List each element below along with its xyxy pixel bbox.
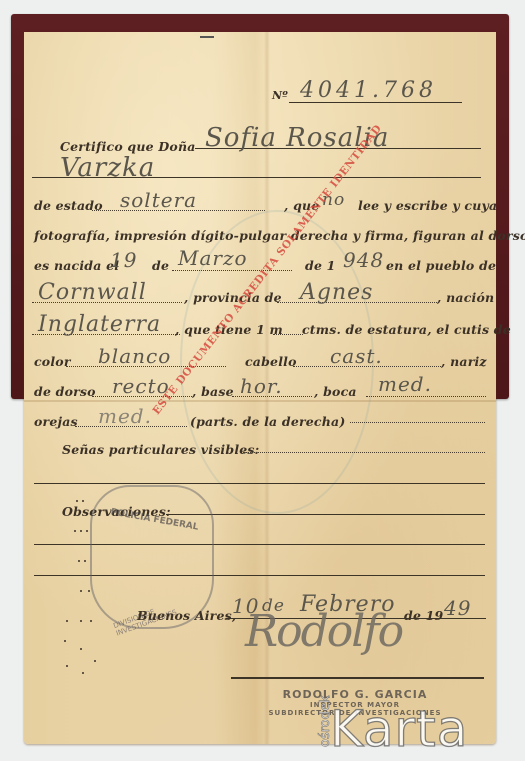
police-stamp-text: POLICIA FEDERAL — [110, 507, 199, 532]
birth-day: 19 — [110, 248, 137, 272]
province: Agnes — [300, 280, 373, 305]
de-1-label: de 1 — [305, 258, 336, 273]
estatura-line — [273, 334, 303, 335]
orejas-value: med. — [98, 404, 152, 428]
issue-year: 49 — [444, 596, 471, 620]
surname: Varzka — [60, 153, 155, 183]
birth-year: 948 — [343, 248, 384, 272]
boca-line — [366, 396, 486, 397]
dorso-label: de dorso — [34, 384, 96, 399]
base-value: hor. — [240, 374, 283, 398]
estatura-label-2: ctms. de estatura, el cutis de — [302, 322, 511, 337]
signature-scrawl: Rodolfo — [245, 606, 402, 657]
number-label: Nº — [272, 89, 288, 102]
boca-value: med. — [378, 372, 432, 396]
certifico-label: Certifico que Doña — [60, 139, 196, 154]
observaciones-line-1 — [166, 514, 485, 515]
nation: Inglaterra — [38, 312, 161, 337]
boca-label: , boca — [314, 384, 357, 399]
issue-year-label: de 19 — [404, 608, 443, 623]
cabello-value: cast. — [330, 344, 383, 368]
karta-watermark: Karta — [330, 700, 468, 758]
document-number: 4041.768 — [300, 78, 437, 103]
orejas-label: orejas — [34, 414, 78, 429]
estado-value: soltera — [120, 188, 197, 212]
senas-line — [243, 452, 485, 453]
nacida-label: es nacida el — [34, 258, 119, 273]
nariz-label: , nariz — [441, 354, 487, 369]
de-label: de — [152, 258, 169, 273]
place-label: Buenos Aires, — [137, 608, 236, 623]
town: Cornwall — [38, 280, 147, 305]
orejas-extra-line — [350, 422, 485, 423]
signature-line — [231, 677, 484, 679]
color-value: blanco — [98, 344, 171, 368]
base-label: , base — [192, 384, 234, 399]
orejas-suffix: (parts. de la derecha) — [190, 414, 345, 429]
pueblo-label: en el pueblo de — [386, 258, 496, 273]
birth-month: Marzo — [178, 246, 248, 270]
lee-escribe-label: lee y escribe y cuya — [358, 198, 497, 213]
cabello-label: cabello — [245, 354, 297, 369]
fotografia-text: fotografía, impresión dígito-pulgar dere… — [34, 228, 525, 243]
senas-line-2 — [34, 483, 485, 484]
nacion-label: , nación — [437, 290, 494, 305]
top-mark — [200, 36, 214, 38]
senas-label: Señas particulares visibles: — [62, 442, 259, 457]
